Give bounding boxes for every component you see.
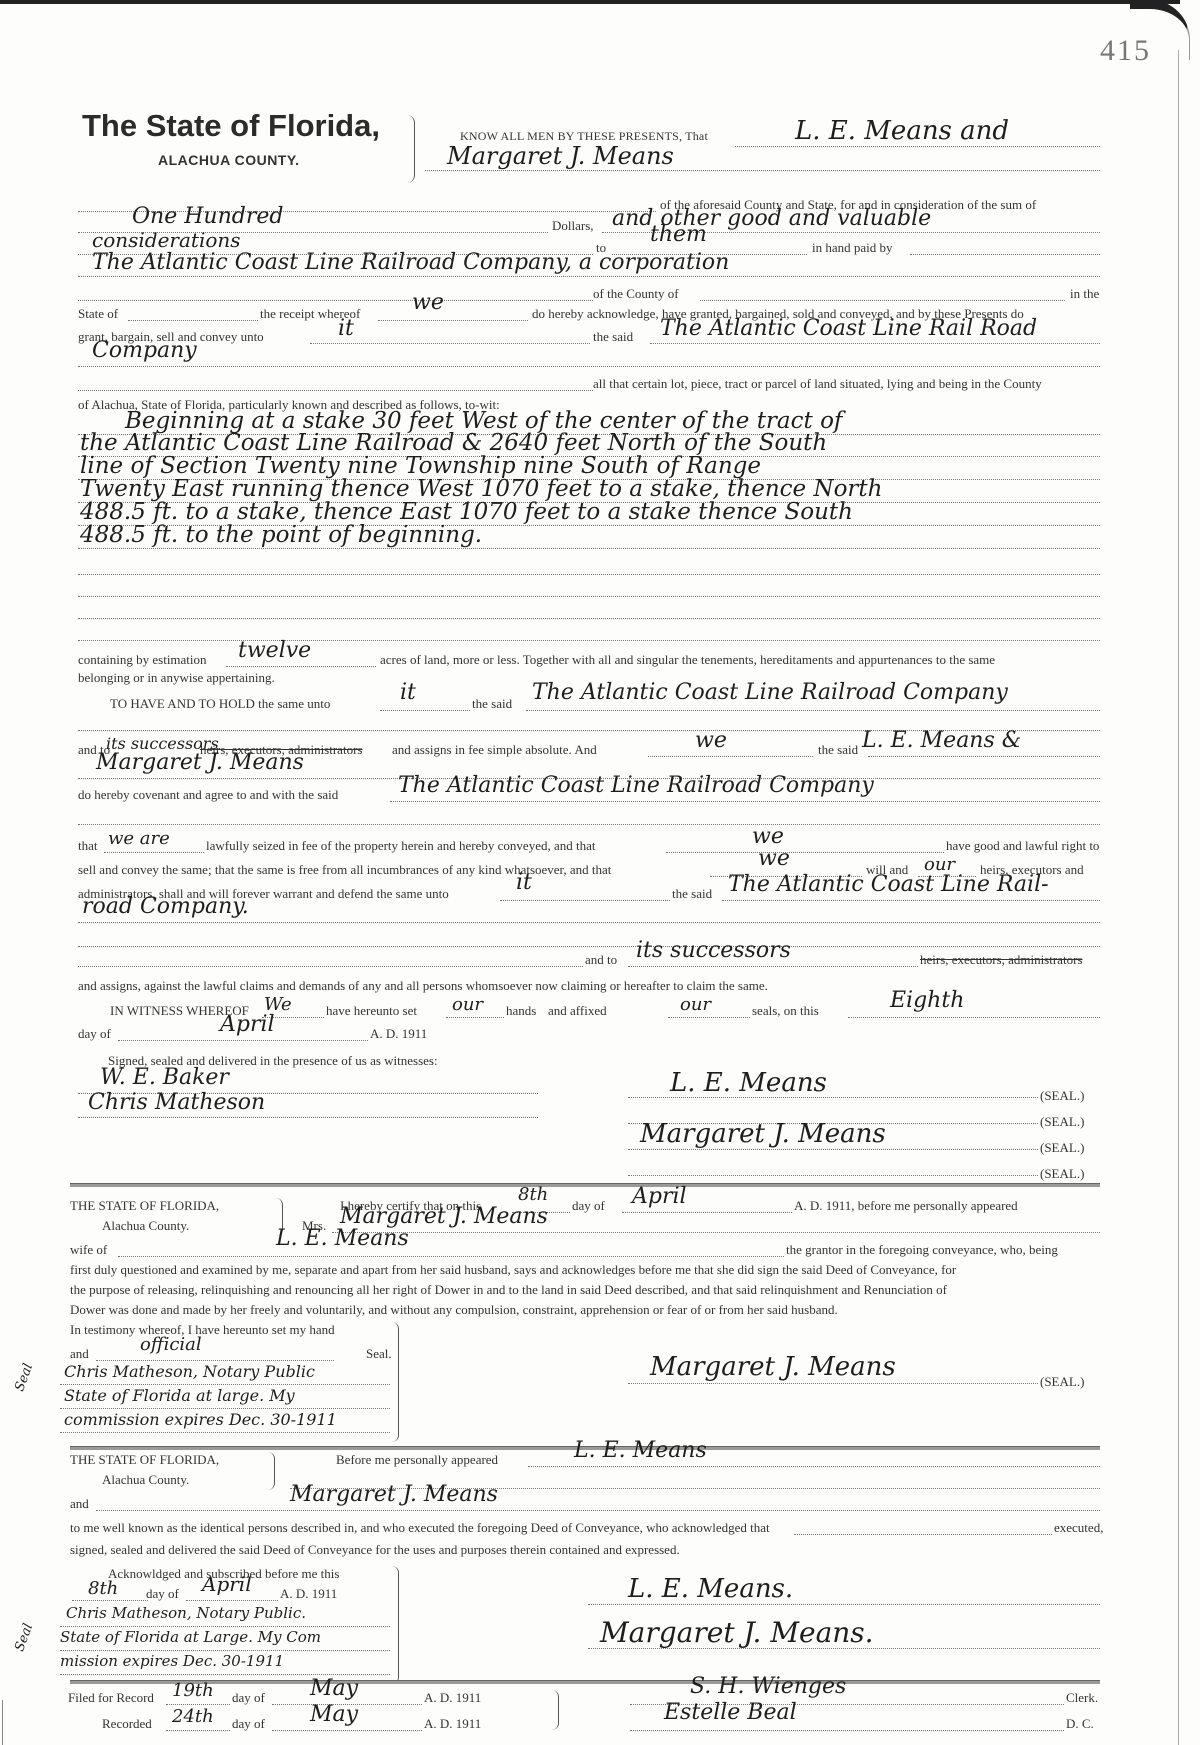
good-lawful-text: have good and lawful right to [946,838,1099,854]
fill-line [648,756,813,757]
before-text: Before me personally appeared [336,1452,498,1468]
testimony-text: In testimony whereof, I have hereunto se… [70,1322,335,1338]
signature-line [630,1730,1064,1731]
clerk-label: Clerk. [1066,1690,1098,1706]
day-value: 8th [88,1578,118,1599]
fill-line [78,618,1100,619]
fill-line [78,1117,538,1118]
acres-value: twelve [238,638,311,663]
fill-line [500,900,670,901]
seal-text: Seal. [366,1346,392,1362]
admin-value: it [516,870,532,895]
day-value: 8th [518,1184,548,1205]
signature: L. E. Means. [628,1574,793,1604]
seal-label: (SEAL.) [1040,1114,1084,1130]
and-to-text: and to [585,952,617,968]
description-line: 488.5 ft. to the point of beginning. [80,522,482,548]
signature: L. E. Means [670,1068,827,1098]
fill-line [700,300,1065,301]
fill-line [96,1510,1100,1511]
wife-of-text: wife of [70,1242,107,1258]
day-of-text: day of [572,1198,605,1214]
our-value-2: our [680,994,711,1015]
fill-line [380,710,470,711]
county-heading: ALACHUA COUNTY. [158,152,300,168]
fill-line [60,1650,390,1651]
body-line: first duly questioned and examined by me… [70,1262,956,1278]
fill-line [78,922,1100,923]
fill-line [78,574,1100,575]
signature: Margaret J. Means. [600,1616,874,1649]
body-line: signed, sealed and delivered the said De… [70,1542,680,1558]
grantee-value: The Atlantic Coast Line Railroad Company [532,680,1008,705]
fill-line [72,1600,148,1601]
grantors-line1: L. E. Means and [795,116,1009,146]
before-value: L. E. Means [574,1438,707,1463]
fill-line [848,1017,1100,1018]
brace [392,1566,399,1684]
hands-text: hands [506,1003,536,1019]
the-said-text: the said [593,329,633,345]
notary-line: Chris Matheson, Notary Public [64,1362,315,1381]
filed-text: Filed for Record [68,1690,154,1706]
section-divider [70,1183,1100,1187]
assigns-text: and assigns, against the lawful claims a… [78,978,768,994]
signature-line [628,1383,1038,1384]
notary-line: mission expires Dec. 30-1911 [60,1652,284,1670]
belonging-text: belonging or in anywise appertaining. [78,670,275,686]
page-edge [1178,50,1179,1745]
county-heading: Alachua County. [102,1218,189,1234]
and-to-value: its successors [636,938,791,963]
notary-line: State of Florida at Large. My Com [60,1628,321,1646]
grantee-line1: The Atlantic Coast Line Rail- [728,872,1049,897]
witness-name: W. E. Baker [100,1065,229,1090]
seal-label: (SEAL.) [1040,1166,1084,1182]
witness-name: Chris Matheson [88,1090,265,1115]
state-heading: THE STATE OF FLORIDA, [70,1198,219,1214]
dollars-label: Dollars, [552,218,594,234]
fill-line [166,1730,230,1731]
grantors-line2: Margaret J. Means [447,142,674,170]
fill-line [622,1212,792,1213]
fill-line [628,966,918,967]
grantor-text: the grantor in the foregoing conveyance,… [786,1242,1058,1258]
fill-line [78,366,1100,367]
covenant-value: The Atlantic Coast Line Railroad Company [398,773,874,798]
notary-seal-mark: Seal [12,1362,36,1394]
fill-line [425,170,1100,171]
dc-label: D. C. [1066,1716,1094,1732]
brace [392,1322,399,1442]
fill-line [78,390,593,391]
deed-page: 415 The State of Florida, ALACHUA COUNTY… [0,0,1200,1745]
day-of-text: day of [232,1716,265,1732]
month-value: April [632,1184,687,1209]
document-title: The State of Florida, [82,108,380,144]
fill-line [310,343,590,344]
fill-line [272,1730,422,1731]
brace [268,1452,275,1490]
clerk-signature: S. H. Wienges [690,1674,846,1699]
seal-label: (SEAL.) [1040,1088,1084,1104]
amount-value: One Hundred [132,204,283,229]
fill-line [78,548,1100,549]
and-value: Margaret J. Means [290,1482,498,1507]
brace [406,115,415,183]
and-text: and [70,1346,89,1362]
dc-signature: Estelle Beal [664,1700,797,1725]
ad-text: A. D. 1911 [424,1716,481,1732]
day-of-text: day of [146,1586,179,1602]
fill-line [735,146,1100,147]
grantor2-value: Margaret J. Means [96,750,304,775]
ad-text: A. D. 1911 [424,1690,481,1706]
month-value: April [220,1012,275,1037]
to-value: them [650,222,707,247]
fill-line [226,666,376,667]
covenant-text: do hereby covenant and agree to and with… [78,787,338,803]
containing-text: containing by estimation [78,652,207,668]
scan-border-top [0,0,1180,4]
fill-line [722,900,1100,901]
fill-line [78,276,1100,277]
fill-line [868,756,1100,757]
state-of-text: State of [78,306,118,322]
filed-month: May [310,1676,358,1701]
day-value: Eighth [890,988,964,1013]
fill-line [60,1432,390,1433]
section-divider [70,1680,1100,1684]
notary-line: State of Florida at large. My [64,1386,295,1405]
fill-line [650,343,1100,344]
heirs-struck: heirs, executors, administrators [920,952,1082,968]
fill-line [104,852,204,853]
fill-line [794,1534,1052,1535]
said-grantor: L. E. Means & [862,728,1021,753]
the-said-text: the said [818,742,858,758]
body-line: Dower was done and made by her freely an… [70,1302,838,1318]
assigns-text: and assigns in fee simple absolute. And [392,742,597,758]
to-have-value: it [400,680,416,705]
signature-line [628,1149,1038,1150]
fill-line [446,1017,504,1018]
fill-line [666,852,944,853]
brace [552,1690,559,1730]
ad-text: A. D. 1911, before me personally appeare… [794,1198,1018,1214]
of-county-text: of the County of [593,286,679,302]
fill-line [910,254,1100,255]
husband-value: L. E. Means [276,1226,409,1251]
filed-day: 19th [172,1680,214,1701]
seals-text: seals, on this [752,1003,819,1019]
signature: Margaret J. Means [650,1352,896,1382]
ad-text: A. D. 1911 [370,1026,427,1042]
grantee-line2: Company [92,338,197,363]
county-heading: Alachua County. [102,1472,189,1488]
fill-line [378,320,528,321]
that-text: that [78,838,98,854]
official-value: official [140,1334,202,1355]
fill-line [78,824,1100,825]
recorded-text: Recorded [102,1716,152,1732]
fill-line [332,1232,1100,1233]
signature-line [628,1175,1038,1176]
other-consideration-2: considerations [92,228,241,252]
to-have-text: TO HAVE AND TO HOLD the same unto [110,696,330,712]
and-value: we [695,728,727,753]
fill-line [78,966,583,967]
page-edge-left [2,1700,3,1745]
and-text: and [70,1496,89,1512]
fill-line [60,1408,390,1409]
recorded-month: May [310,1702,358,1727]
our-value: our [452,994,483,1015]
sell-value: we [758,846,790,871]
fill-line [60,1384,390,1385]
in-the-text: in the [1070,286,1099,302]
fill-line [78,640,1100,641]
fill-line [118,1040,368,1041]
fill-line [668,1017,750,1018]
page-number: 415 [1100,34,1151,68]
seal-label: (SEAL.) [1040,1374,1084,1390]
payer-value: The Atlantic Coast Line Railroad Company… [92,250,729,275]
body-line: to me well known as the identical person… [70,1520,770,1536]
fill-line [390,801,1100,802]
grantee-line1: The Atlantic Coast Line Rail Road [660,316,1037,341]
acres-text: acres of land, more or less. Together wi… [380,652,995,668]
fill-line [60,1674,390,1675]
grantee-line2: road Company. [82,894,249,919]
seal-label: (SEAL.) [1040,1140,1084,1156]
fill-line [78,946,1100,947]
body-line: the purpose of releasing, relinquishing … [70,1282,947,1298]
fill-line [78,300,593,301]
notary-line: Chris Matheson, Notary Public. [66,1604,306,1622]
receipt-value: we [412,290,444,315]
executed-text: executed, [1054,1520,1103,1536]
fill-line [526,710,1100,711]
ad-text: A. D. 1911 [280,1586,337,1602]
month-value: April [202,1572,252,1596]
affixed-text: and affixed [548,1003,607,1019]
signature: Margaret J. Means [640,1119,886,1149]
fill-line [128,320,258,321]
that-value: we are [108,828,170,849]
the-said-text: the said [472,696,512,712]
state-heading: THE STATE OF FLORIDA, [70,1452,219,1468]
the-said-text: the said [672,886,712,902]
all-that-text: all that certain lot, piece, tract or pa… [593,376,1042,392]
recorded-day: 24th [172,1706,214,1727]
fill-line [118,1256,784,1257]
signature-line [588,1604,1100,1605]
fill-line [78,596,1100,597]
day-of-text: day of [232,1690,265,1706]
fill-line [528,1466,1100,1467]
hand-paid-text: in hand paid by [812,240,893,256]
notary-seal-mark: Seal [12,1622,36,1654]
fill-line [96,1360,334,1361]
seized-text: lawfully seized in fee of the property h… [206,838,595,854]
set-text: have hereunto set [326,1003,417,1019]
fill-line [186,1600,278,1601]
fill-line [60,1626,390,1627]
grant-value: it [338,316,354,341]
notary-line: commission expires Dec. 30-1911 [64,1410,337,1429]
fill-line [166,1704,230,1705]
day-of-text: day of [78,1026,111,1042]
